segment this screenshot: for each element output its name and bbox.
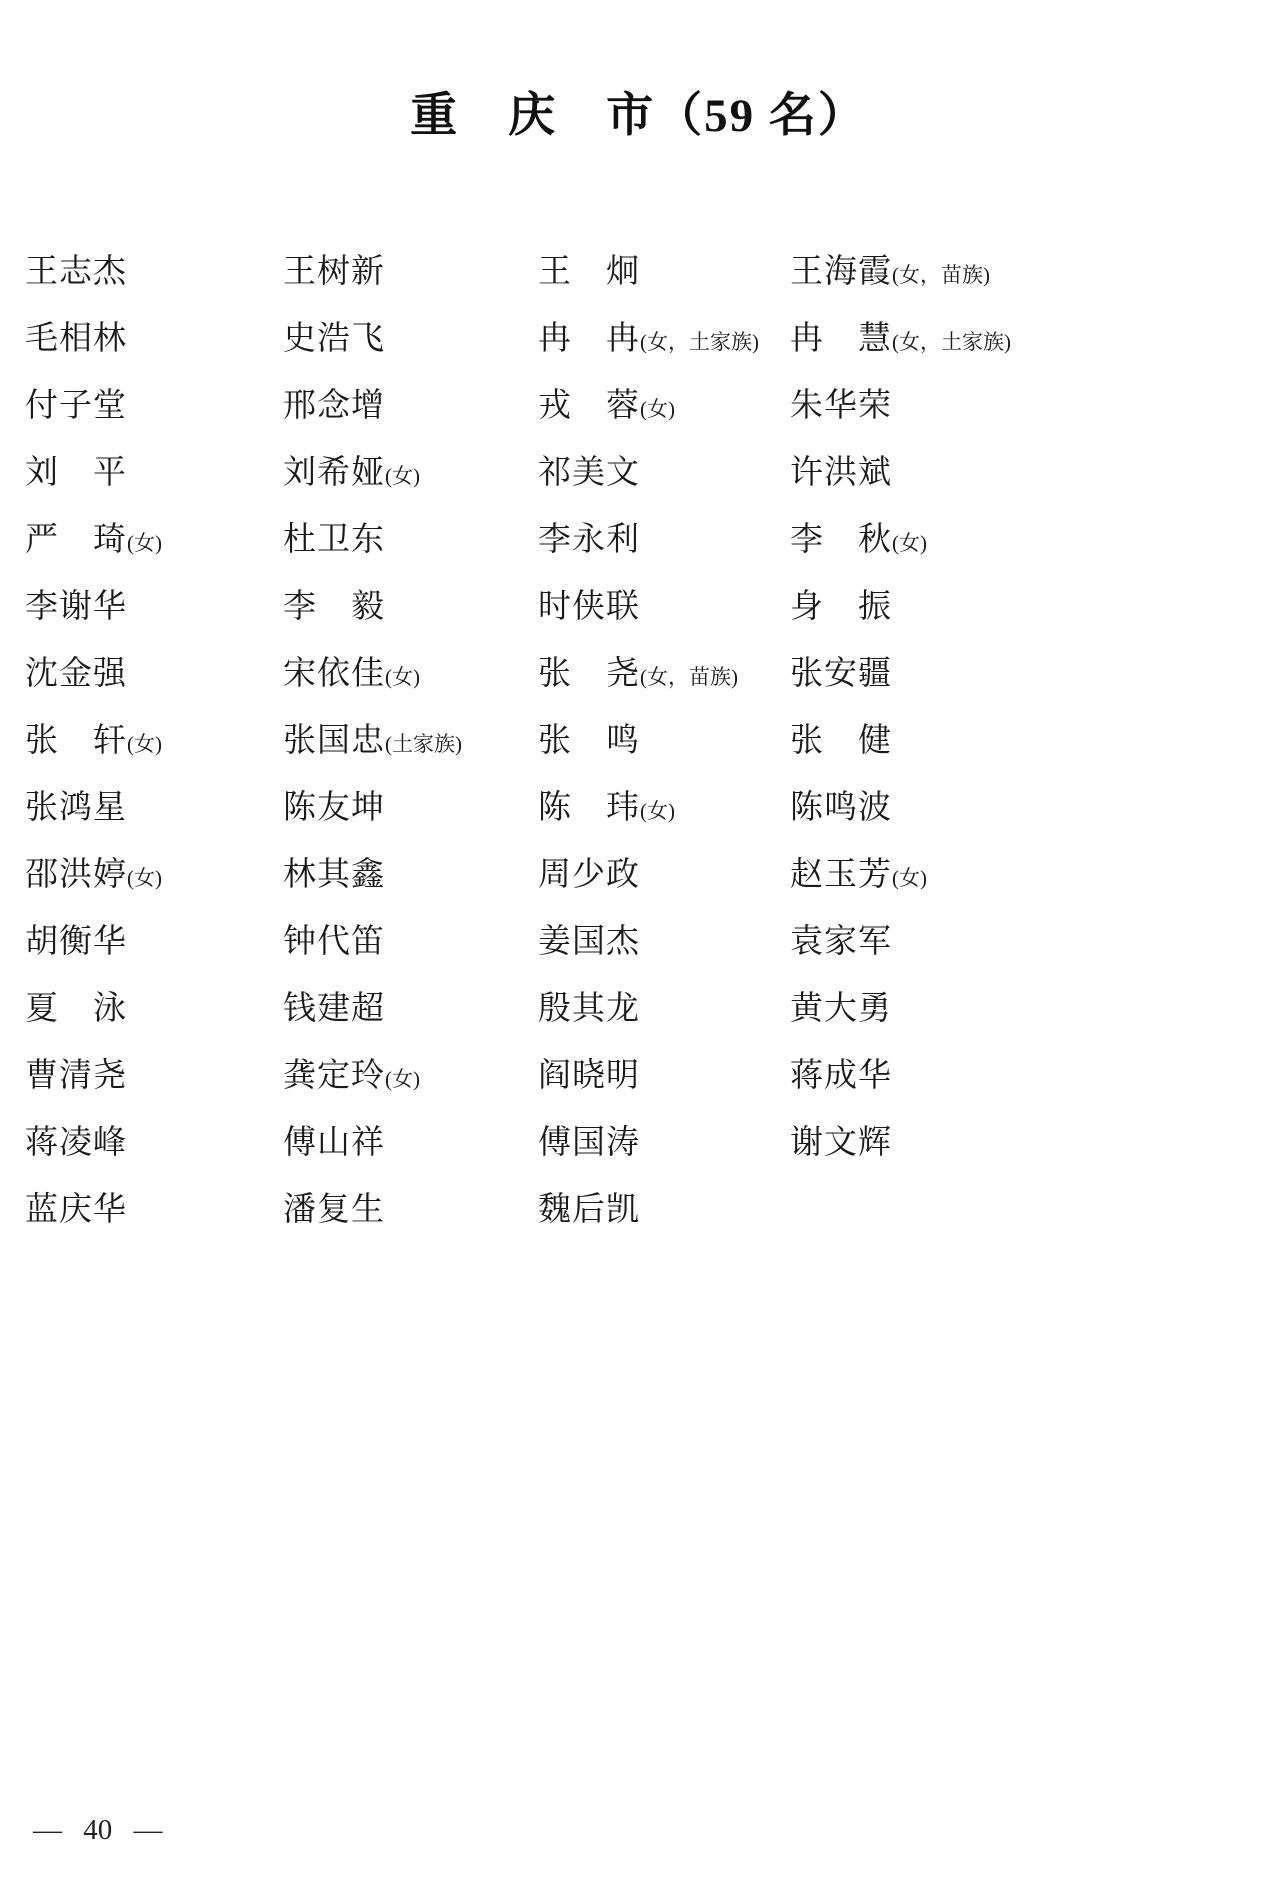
person-name: 潘复生 bbox=[283, 1192, 385, 1228]
name-cell: 宋依佳(女) bbox=[283, 641, 538, 708]
name-cell: 阎晓明 bbox=[538, 1043, 790, 1110]
person-name: 王树新 bbox=[283, 254, 385, 290]
name-cell: 袁家军 bbox=[790, 909, 1257, 976]
person-name: 胡衡华 bbox=[25, 924, 127, 960]
name-cell: 刘 平 bbox=[25, 440, 283, 507]
person-name: 傅国涛 bbox=[538, 1125, 640, 1161]
person-name: 张安疆 bbox=[790, 656, 892, 692]
person-name: 蒋成华 bbox=[790, 1058, 892, 1094]
name-cell: 时侠联 bbox=[538, 574, 790, 641]
person-name: 祁美文 bbox=[538, 455, 640, 491]
name-cell: 张鸿星 bbox=[25, 775, 283, 842]
name-cell: 朱华荣 bbox=[790, 373, 1257, 440]
gender-ethnicity-note: (女) bbox=[127, 732, 162, 756]
name-cell: 许洪斌 bbox=[790, 440, 1257, 507]
name-cell: 身 振 bbox=[790, 574, 1257, 641]
name-cell: 陈 玮(女) bbox=[538, 775, 790, 842]
gender-ethnicity-note: (女，苗族) bbox=[892, 263, 990, 287]
person-name: 王海霞 bbox=[790, 254, 892, 290]
gender-ethnicity-note: (女) bbox=[892, 866, 927, 890]
name-cell: 张 鸣 bbox=[538, 708, 790, 775]
name-cell: 王 炯 bbox=[538, 239, 790, 306]
name-cell: 杜卫东 bbox=[283, 507, 538, 574]
person-name: 蓝庆华 bbox=[25, 1192, 127, 1228]
name-cell: 林其鑫 bbox=[283, 842, 538, 909]
gender-ethnicity-note: (女，苗族) bbox=[640, 665, 738, 689]
name-cell: 王树新 bbox=[283, 239, 538, 306]
name-cell: 邢念增 bbox=[283, 373, 538, 440]
name-cell: 李 毅 bbox=[283, 574, 538, 641]
person-name: 时侠联 bbox=[538, 589, 640, 625]
name-cell: 王志杰 bbox=[25, 239, 283, 306]
name-cell: 傅山祥 bbox=[283, 1110, 538, 1177]
gender-ethnicity-note: (女) bbox=[127, 531, 162, 555]
gender-ethnicity-note: (女) bbox=[385, 464, 420, 488]
name-cell: 邵洪婷(女) bbox=[25, 842, 283, 909]
name-cell: 姜国杰 bbox=[538, 909, 790, 976]
person-name: 钟代笛 bbox=[283, 924, 385, 960]
name-cell: 夏 泳 bbox=[25, 976, 283, 1043]
name-cell: 张国忠(土家族) bbox=[283, 708, 538, 775]
name-cell: 陈鸣波 bbox=[790, 775, 1257, 842]
name-cell: 张安疆 bbox=[790, 641, 1257, 708]
person-name: 张鸿星 bbox=[25, 790, 127, 826]
person-name: 邵洪婷 bbox=[25, 857, 127, 893]
name-cell: 王海霞(女，苗族) bbox=[790, 239, 1257, 306]
roster-grid: 王志杰王树新王 炯王海霞(女，苗族)毛相林史浩飞冉 冉(女，土家族)冉 慧(女，… bbox=[0, 239, 1277, 1244]
name-cell: 戎 蓉(女) bbox=[538, 373, 790, 440]
name-cell: 胡衡华 bbox=[25, 909, 283, 976]
person-name: 赵玉芳 bbox=[790, 857, 892, 893]
person-name: 张国忠 bbox=[283, 723, 385, 759]
name-cell: 蒋凌峰 bbox=[25, 1110, 283, 1177]
person-name: 严 琦 bbox=[25, 522, 127, 558]
name-cell: 刘希娅(女) bbox=[283, 440, 538, 507]
person-name: 周少政 bbox=[538, 857, 640, 893]
person-name: 夏 泳 bbox=[25, 991, 127, 1027]
name-cell: 赵玉芳(女) bbox=[790, 842, 1257, 909]
name-cell: 傅国涛 bbox=[538, 1110, 790, 1177]
person-name: 黄大勇 bbox=[790, 991, 892, 1027]
person-name: 傅山祥 bbox=[283, 1125, 385, 1161]
person-name: 杜卫东 bbox=[283, 522, 385, 558]
gender-ethnicity-note: (女，土家族) bbox=[892, 330, 1011, 354]
person-name: 李 秋 bbox=[790, 522, 892, 558]
person-name: 谢文辉 bbox=[790, 1125, 892, 1161]
name-cell: 潘复生 bbox=[283, 1177, 538, 1244]
person-name: 张 尧 bbox=[538, 656, 640, 692]
person-name: 张 健 bbox=[790, 723, 892, 759]
gender-ethnicity-note: (土家族) bbox=[385, 732, 462, 756]
person-name: 张 轩 bbox=[25, 723, 127, 759]
person-name: 姜国杰 bbox=[538, 924, 640, 960]
page-number: — 40 — bbox=[33, 1814, 163, 1847]
name-cell: 谢文辉 bbox=[790, 1110, 1257, 1177]
person-name: 史浩飞 bbox=[283, 321, 385, 357]
name-cell: 李永利 bbox=[538, 507, 790, 574]
name-cell: 李谢华 bbox=[25, 574, 283, 641]
person-name: 袁家军 bbox=[790, 924, 892, 960]
person-name: 魏后凯 bbox=[538, 1192, 640, 1228]
name-cell: 蒋成华 bbox=[790, 1043, 1257, 1110]
person-name: 冉 冉 bbox=[538, 321, 640, 357]
person-name: 宋依佳 bbox=[283, 656, 385, 692]
name-cell: 殷其龙 bbox=[538, 976, 790, 1043]
gender-ethnicity-note: (女) bbox=[127, 866, 162, 890]
person-name: 陈 玮 bbox=[538, 790, 640, 826]
person-name: 殷其龙 bbox=[538, 991, 640, 1027]
person-name: 付子堂 bbox=[25, 388, 127, 424]
name-cell: 陈友坤 bbox=[283, 775, 538, 842]
name-cell: 张 尧(女，苗族) bbox=[538, 641, 790, 708]
name-cell: 付子堂 bbox=[25, 373, 283, 440]
gender-ethnicity-note: (女) bbox=[892, 531, 927, 555]
name-cell: 钱建超 bbox=[283, 976, 538, 1043]
gender-ethnicity-note: (女，土家族) bbox=[640, 330, 759, 354]
person-name: 毛相林 bbox=[25, 321, 127, 357]
person-name: 蒋凌峰 bbox=[25, 1125, 127, 1161]
person-name: 阎晓明 bbox=[538, 1058, 640, 1094]
page: 重 庆 市（59 名） 王志杰王树新王 炯王海霞(女，苗族)毛相林史浩飞冉 冉(… bbox=[0, 0, 1277, 1889]
person-name: 刘希娅 bbox=[283, 455, 385, 491]
person-name: 曹清尧 bbox=[25, 1058, 127, 1094]
name-cell: 毛相林 bbox=[25, 306, 283, 373]
name-cell: 张 轩(女) bbox=[25, 708, 283, 775]
person-name: 朱华荣 bbox=[790, 388, 892, 424]
person-name: 龚定玲 bbox=[283, 1058, 385, 1094]
empty-cell bbox=[790, 1177, 1257, 1244]
page-title: 重 庆 市（59 名） bbox=[0, 78, 1277, 145]
person-name: 许洪斌 bbox=[790, 455, 892, 491]
person-name: 李谢华 bbox=[25, 589, 127, 625]
person-name: 李永利 bbox=[538, 522, 640, 558]
person-name: 戎 蓉 bbox=[538, 388, 640, 424]
name-cell: 黄大勇 bbox=[790, 976, 1257, 1043]
name-cell: 周少政 bbox=[538, 842, 790, 909]
person-name: 李 毅 bbox=[283, 589, 385, 625]
person-name: 王志杰 bbox=[25, 254, 127, 290]
name-cell: 钟代笛 bbox=[283, 909, 538, 976]
person-name: 陈鸣波 bbox=[790, 790, 892, 826]
person-name: 钱建超 bbox=[283, 991, 385, 1027]
person-name: 身 振 bbox=[790, 589, 892, 625]
person-name: 张 鸣 bbox=[538, 723, 640, 759]
name-cell: 祁美文 bbox=[538, 440, 790, 507]
person-name: 刘 平 bbox=[25, 455, 127, 491]
name-cell: 冉 慧(女，土家族) bbox=[790, 306, 1257, 373]
person-name: 林其鑫 bbox=[283, 857, 385, 893]
gender-ethnicity-note: (女) bbox=[385, 1067, 420, 1091]
name-cell: 冉 冉(女，土家族) bbox=[538, 306, 790, 373]
person-name: 王 炯 bbox=[538, 254, 640, 290]
gender-ethnicity-note: (女) bbox=[640, 799, 675, 823]
name-cell: 李 秋(女) bbox=[790, 507, 1257, 574]
gender-ethnicity-note: (女) bbox=[640, 397, 675, 421]
person-name: 陈友坤 bbox=[283, 790, 385, 826]
name-cell: 蓝庆华 bbox=[25, 1177, 283, 1244]
name-cell: 沈金强 bbox=[25, 641, 283, 708]
name-cell: 张 健 bbox=[790, 708, 1257, 775]
name-cell: 龚定玲(女) bbox=[283, 1043, 538, 1110]
person-name: 沈金强 bbox=[25, 656, 127, 692]
name-cell: 史浩飞 bbox=[283, 306, 538, 373]
person-name: 邢念增 bbox=[283, 388, 385, 424]
name-cell: 严 琦(女) bbox=[25, 507, 283, 574]
person-name: 冉 慧 bbox=[790, 321, 892, 357]
gender-ethnicity-note: (女) bbox=[385, 665, 420, 689]
name-cell: 魏后凯 bbox=[538, 1177, 790, 1244]
name-cell: 曹清尧 bbox=[25, 1043, 283, 1110]
